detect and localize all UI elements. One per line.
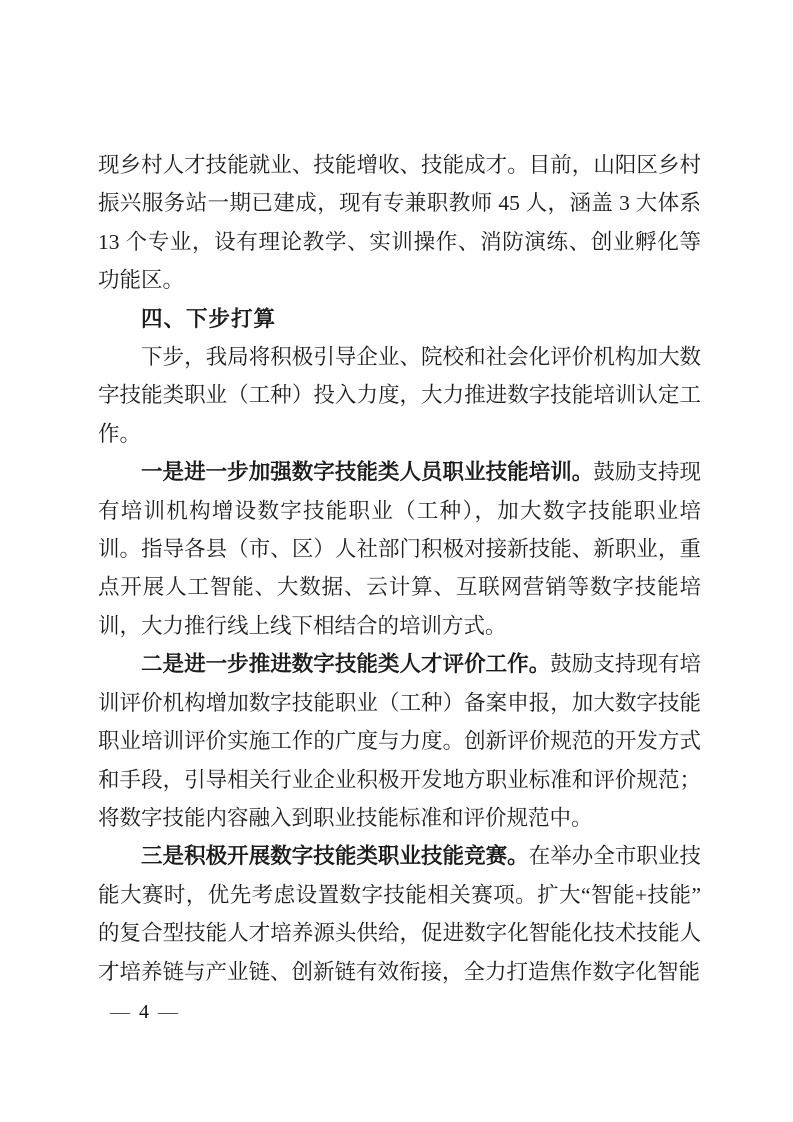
page-number-value: 4 — [139, 1001, 151, 1023]
paragraph-item-2: 二是进一步推进数字技能类人才评价工作。鼓励支持现有培训评价机构增加数字技能职业（… — [98, 645, 701, 837]
item-1-lead: 一是进一步加强数字技能类人员职业技能培训。 — [141, 460, 593, 484]
document-body: 现乡村人才技能就业、技能增收、技能成才。目前，山阳区乡村振兴服务站一期已建成，现… — [98, 146, 701, 991]
paragraph-item-3: 三是积极开展数字技能类职业技能竞赛。在举办全市职业技能大赛时，优先考虑设置数字技… — [98, 837, 701, 991]
page-number-left-dash: — — [110, 1001, 132, 1023]
paragraph-continuation: 现乡村人才技能就业、技能增收、技能成才。目前，山阳区乡村振兴服务站一期已建成，现… — [98, 146, 701, 300]
page-number-right-dash: — — [158, 1001, 180, 1023]
section-heading: 四、下步打算 — [98, 300, 701, 338]
item-2-body: 鼓励支持现有培训评价机构增加数字技能职业（工种）备案申报，加大数字技能职业培训评… — [98, 652, 701, 830]
document-page: 现乡村人才技能就业、技能增收、技能成才。目前，山阳区乡村振兴服务站一期已建成，现… — [0, 0, 793, 1122]
item-3-lead: 三是积极开展数字技能类职业技能竞赛。 — [141, 844, 529, 868]
paragraph-intro: 下步，我局将积极引导企业、院校和社会化评价机构加大数字技能类职业（工种）投入力度… — [98, 338, 701, 453]
item-2-lead: 二是进一步推进数字技能类人才评价工作。 — [141, 652, 550, 676]
item-1-body: 鼓励支持现有培训机构增设数字技能职业（工种），加大数字技能职业培训。指导各县（市… — [98, 460, 701, 638]
page-number: — 4 — — [110, 1000, 180, 1024]
paragraph-item-1: 一是进一步加强数字技能类人员职业技能培训。鼓励支持现有培训机构增设数字技能职业（… — [98, 453, 701, 645]
